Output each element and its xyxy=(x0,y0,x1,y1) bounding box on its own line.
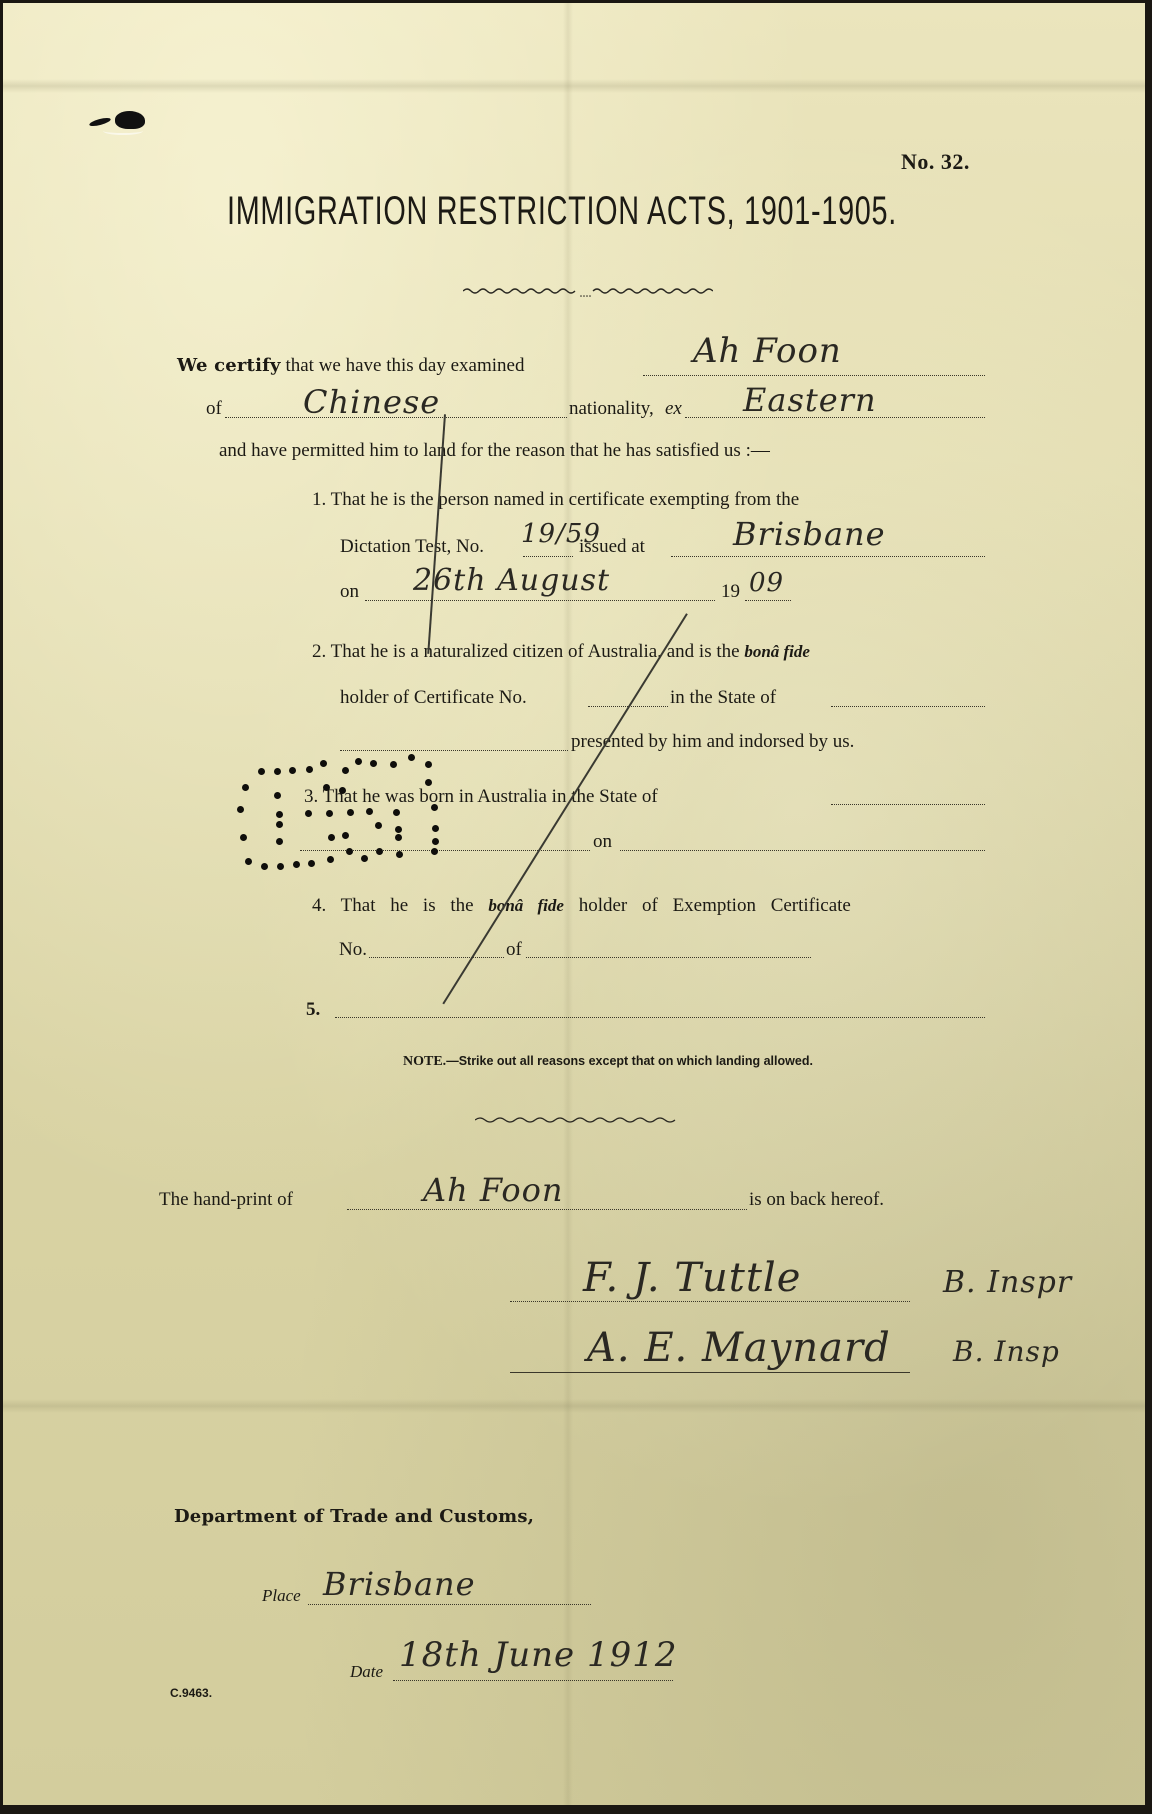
certify-text: that we have this day examined xyxy=(285,355,524,376)
exemption-of-label: of xyxy=(506,939,522,961)
issue-date-line xyxy=(393,1680,673,1681)
year-field[interactable]: 09 xyxy=(749,568,784,598)
born-on-label: on xyxy=(593,831,612,853)
paper-fold xyxy=(3,79,1145,93)
issue-date-field[interactable]: 18th June 1912 xyxy=(399,1635,678,1675)
year-line xyxy=(745,600,791,601)
exemption-no-label: No. xyxy=(339,939,367,961)
handprint-name-line xyxy=(347,1209,747,1210)
place-line xyxy=(308,1604,591,1605)
examined-name-line xyxy=(643,375,985,376)
handprint-name-field[interactable]: Ah Foon xyxy=(423,1171,563,1209)
document-title: IMMIGRATION RESTRICTION ACTS, 1901-1905. xyxy=(227,189,897,234)
signature-line-1 xyxy=(510,1301,910,1302)
signature-2-title: B. Insp xyxy=(953,1335,1060,1368)
reason-3-line-1: 3. That he was born in Australia in the … xyxy=(304,786,658,808)
reason-1-line-2-prefix: Dictation Test, No. xyxy=(340,536,484,558)
examined-name-field[interactable]: Ah Foon xyxy=(693,331,842,371)
date-label: Date xyxy=(350,1662,383,1682)
reason-2-number: 2. xyxy=(312,641,326,662)
birth-date-line xyxy=(620,850,985,851)
state-line xyxy=(831,706,985,707)
nationality-field[interactable]: Chinese xyxy=(303,383,440,421)
permitted-text: and have permitted him to land for the r… xyxy=(219,440,770,462)
birth-place-line xyxy=(300,850,590,851)
issued-at-field[interactable]: Brisbane xyxy=(733,515,886,553)
ship-field[interactable]: Eastern xyxy=(743,381,877,419)
ink-blot-mark xyxy=(115,111,145,129)
note-label: NOTE. xyxy=(403,1054,446,1069)
ornament-divider-2 xyxy=(475,1115,685,1125)
handprint-suffix: is on back hereof. xyxy=(749,1189,884,1211)
year-prefix: 19 xyxy=(721,581,740,603)
signature-2-name[interactable]: A. E. Maynard xyxy=(587,1325,891,1371)
signature-line-2 xyxy=(510,1372,910,1373)
of-label: of xyxy=(206,398,222,420)
exemption-no-line xyxy=(369,957,504,958)
reason-4-line-1: 4. That he is the bonâ fide holder of Ex… xyxy=(312,895,851,917)
certificate-no-line xyxy=(523,556,573,557)
issued-at-line xyxy=(671,556,985,557)
on-label: on xyxy=(340,581,359,603)
birth-state-line xyxy=(831,804,985,805)
note-text: —Strike out all reasons except that on w… xyxy=(446,1054,813,1068)
issued-at-label: issued at xyxy=(579,536,645,558)
in-state-label: in the State of xyxy=(670,687,776,709)
date-field[interactable]: 26th August xyxy=(413,563,610,598)
place-label: Place xyxy=(262,1586,301,1606)
paper-fold xyxy=(3,1399,1145,1413)
signature-1-name[interactable]: F. J. Tuttle xyxy=(583,1255,801,1301)
nationality-label: nationality, xyxy=(569,398,654,420)
place-field[interactable]: Brisbane xyxy=(323,1565,476,1603)
handprint-prefix: The hand-print of xyxy=(159,1189,293,1211)
certificate-page: No. 32. IMMIGRATION RESTRICTION ACTS, 19… xyxy=(3,3,1145,1805)
ornament-divider xyxy=(463,286,713,298)
form-number: No. 32. xyxy=(901,149,970,175)
reason-4-number: 4. xyxy=(312,895,326,916)
print-code: C.9463. xyxy=(170,1686,212,1700)
note-line: NOTE.—Strike out all reasons except that… xyxy=(403,1054,813,1070)
reason-2-blank-line xyxy=(340,750,568,751)
presented-text: presented by him and indorsed by us. xyxy=(571,731,854,753)
exemption-of-line xyxy=(526,957,811,958)
reason-2-line-2-prefix: holder of Certificate No. xyxy=(340,687,527,709)
reason-1-line-1: 1. That he is the person named in certif… xyxy=(312,489,799,511)
reason-5-line xyxy=(335,1017,985,1018)
certify-line: We certify that we have this day examine… xyxy=(177,355,524,377)
date-line xyxy=(365,600,715,601)
reason-2-line-1: 2. That he is a naturalized citizen of A… xyxy=(312,641,810,663)
certify-heading: We certify xyxy=(177,355,281,376)
reason-3-number: 3. xyxy=(304,786,318,807)
department-name: Department of Trade and Customs, xyxy=(174,1506,534,1527)
reason-1-number: 1. xyxy=(312,489,326,510)
ex-label: ex xyxy=(665,398,682,420)
signature-1-title: B. Inspr xyxy=(943,1265,1072,1300)
reason-5-number: 5. xyxy=(306,999,320,1021)
